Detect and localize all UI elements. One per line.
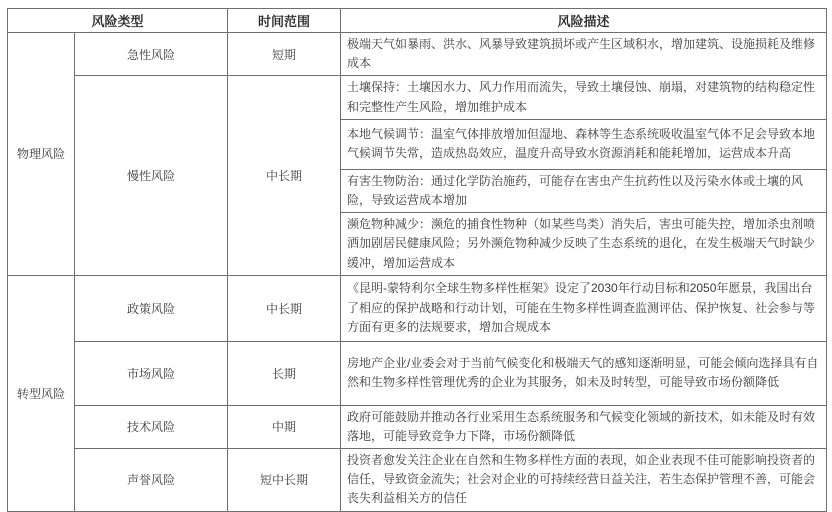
risk-classification-table: 风险类型 时间范围 风险描述 物理风险 急性风险 短期 极端天气如暴雨、洪水、风… [7, 8, 827, 512]
table-row: 物理风险 急性风险 短期 极端天气如暴雨、洪水、风暴导致建筑损坏或产生区域积水，… [8, 33, 827, 76]
table-row: 慢性风险 中长期 土壤保持：土壤因水力、风力作用而流失，导致土壤侵蚀、崩塌，对建… [8, 76, 827, 119]
description-cell: 房地产企业/业委会对于当前气候变化和极端天气的感知逐渐明显，可能会倾向选择具有自… [341, 341, 827, 405]
header-row: 风险类型 时间范围 风险描述 [8, 9, 827, 33]
subtype-cell-chronic: 慢性风险 [75, 76, 228, 275]
subtype-cell-technology: 技术风险 [75, 405, 228, 448]
description-cell: 本地气候调节：温室气体排放增加但湿地、森林等生态系统吸收温室气体不足会导致本地气… [341, 119, 827, 169]
category-cell-physical: 物理风险 [8, 33, 75, 276]
header-risk-description: 风险描述 [341, 9, 827, 33]
subtype-cell-reputation: 声誉风险 [75, 449, 228, 512]
category-cell-transition: 转型风险 [8, 275, 75, 511]
subtype-cell-acute: 急性风险 [75, 33, 228, 76]
table-row: 声誉风险 短中长期 投资者愈发关注企业在自然和生物多样性方面的表现，如企业表现不… [8, 449, 827, 512]
header-time-range: 时间范围 [228, 9, 341, 33]
header-risk-type: 风险类型 [8, 9, 228, 33]
time-cell: 中长期 [228, 275, 341, 341]
description-cell: 有害生物防治：通过化学防治施药，可能存在害虫产生抗药性以及污染水体或土壤的风险，… [341, 169, 827, 212]
subtype-cell-policy: 政策风险 [75, 275, 228, 341]
time-cell: 中长期 [228, 76, 341, 275]
subtype-cell-market: 市场风险 [75, 341, 228, 405]
description-cell: 政府可能鼓励并推动各行业采用生态系统服务和气候变化领域的新技术，如未能及时有效落… [341, 405, 827, 448]
table-row: 转型风险 政策风险 中长期 《昆明-蒙特利尔全球生物多样性框架》设定了2030年… [8, 275, 827, 341]
time-cell: 短期 [228, 33, 341, 76]
table-row: 技术风险 中期 政府可能鼓励并推动各行业采用生态系统服务和气候变化领域的新技术，… [8, 405, 827, 448]
description-cell: 《昆明-蒙特利尔全球生物多样性框架》设定了2030年行动目标和2050年愿景，我… [341, 275, 827, 341]
time-cell: 长期 [228, 341, 341, 405]
description-cell: 极端天气如暴雨、洪水、风暴导致建筑损坏或产生区域积水，增加建筑、设施损耗及维修成… [341, 33, 827, 76]
time-cell: 中期 [228, 405, 341, 448]
description-cell: 濒危物种减少：濒危的捕食性物种（如某些鸟类）消失后，害虫可能失控，增加杀虫剂喷洒… [341, 213, 827, 276]
description-cell: 土壤保持：土壤因水力、风力作用而流失，导致土壤侵蚀、崩塌，对建筑物的结构稳定性和… [341, 76, 827, 119]
time-cell: 短中长期 [228, 449, 341, 512]
description-cell: 投资者愈发关注企业在自然和生物多样性方面的表现，如企业表现不佳可能影响投资者的信… [341, 449, 827, 512]
table-row: 市场风险 长期 房地产企业/业委会对于当前气候变化和极端天气的感知逐渐明显，可能… [8, 341, 827, 405]
